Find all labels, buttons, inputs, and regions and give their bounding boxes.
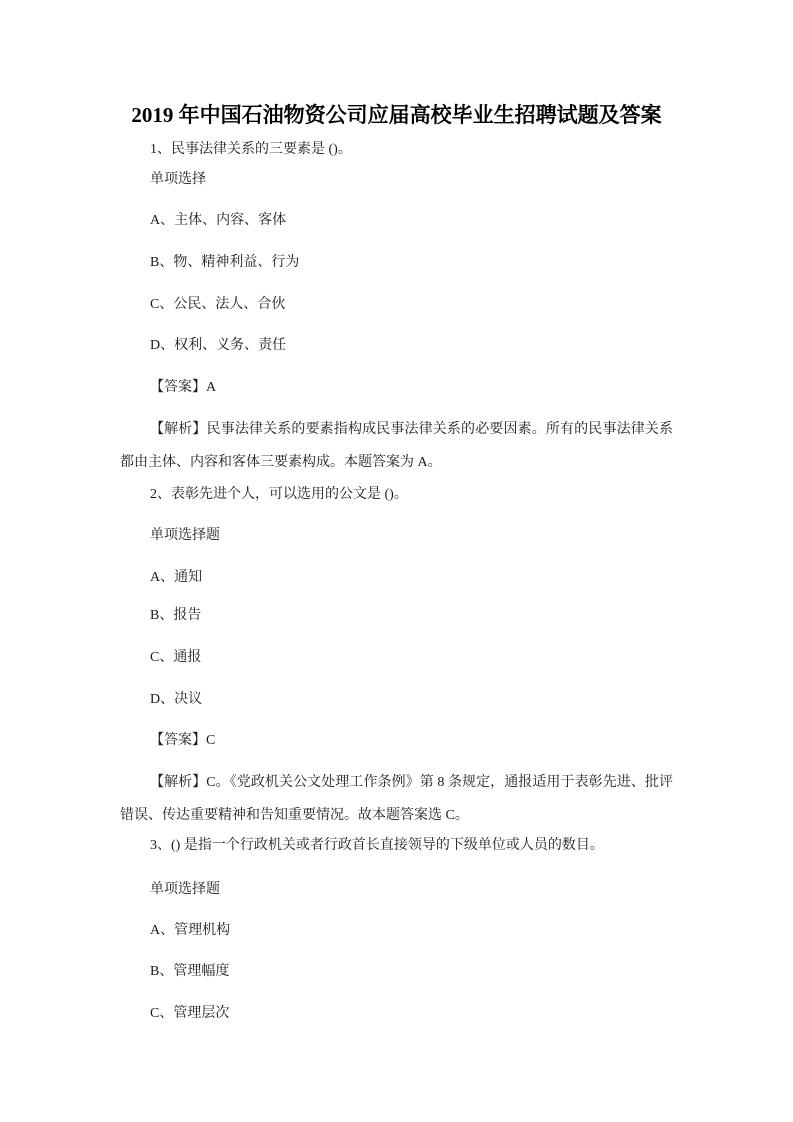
question-2-type-label: 单项选择题 — [120, 519, 673, 552]
question-3-option-b: B、管理幅度 — [120, 955, 673, 988]
question-1-option-a: A、主体、内容、客体 — [120, 204, 673, 237]
question-2-option-c: C、通报 — [120, 641, 673, 674]
question-3-option-a: A、管理机构 — [120, 914, 673, 947]
question-3-type-label: 单项选择题 — [120, 873, 673, 906]
question-2-option-d: D、决议 — [120, 683, 673, 716]
document-content: 2019 年中国石油物资公司应届高校毕业生招聘试题及答案 1、民事法律关系的三要… — [120, 0, 673, 1030]
question-2-option-a: A、通知 — [120, 561, 673, 594]
question-1-answer: 【答案】A — [120, 371, 673, 404]
question-1-analysis: 【解析】民事法律关系的要素指构成民事法律关系的必要因素。所有的民事法律关系都由主… — [120, 413, 673, 479]
question-1-option-b: B、物、精神利益、行为 — [120, 246, 673, 279]
document-title: 2019 年中国石油物资公司应届高校毕业生招聘试题及答案 — [120, 100, 673, 130]
question-2-answer: 【答案】C — [120, 724, 673, 757]
question-3-option-c: C、管理层次 — [120, 997, 673, 1030]
document-page: 2019 年中国石油物资公司应届高校毕业生招聘试题及答案 1、民事法律关系的三要… — [0, 0, 793, 1122]
question-2-option-b: B、报告 — [120, 599, 673, 632]
question-3-stem: 3、() 是指一个行政机关或者行政首长直接领导的下级单位或人员的数目。 — [120, 829, 673, 862]
question-1-stem: 1、民事法律关系的三要素是 ()。 — [120, 133, 673, 166]
question-1-option-d: D、权利、义务、责任 — [120, 329, 673, 362]
question-1-type-label: 单项选择 — [120, 163, 673, 196]
question-1-option-c: C、公民、法人、合伙 — [120, 288, 673, 321]
question-2-analysis: 【解析】C。《党政机关公文处理工作条例》第 8 条规定，通报适用于表彰先进、批评… — [120, 766, 673, 832]
question-2-stem: 2、表彰先进个人，可以选用的公文是 ()。 — [120, 478, 673, 511]
